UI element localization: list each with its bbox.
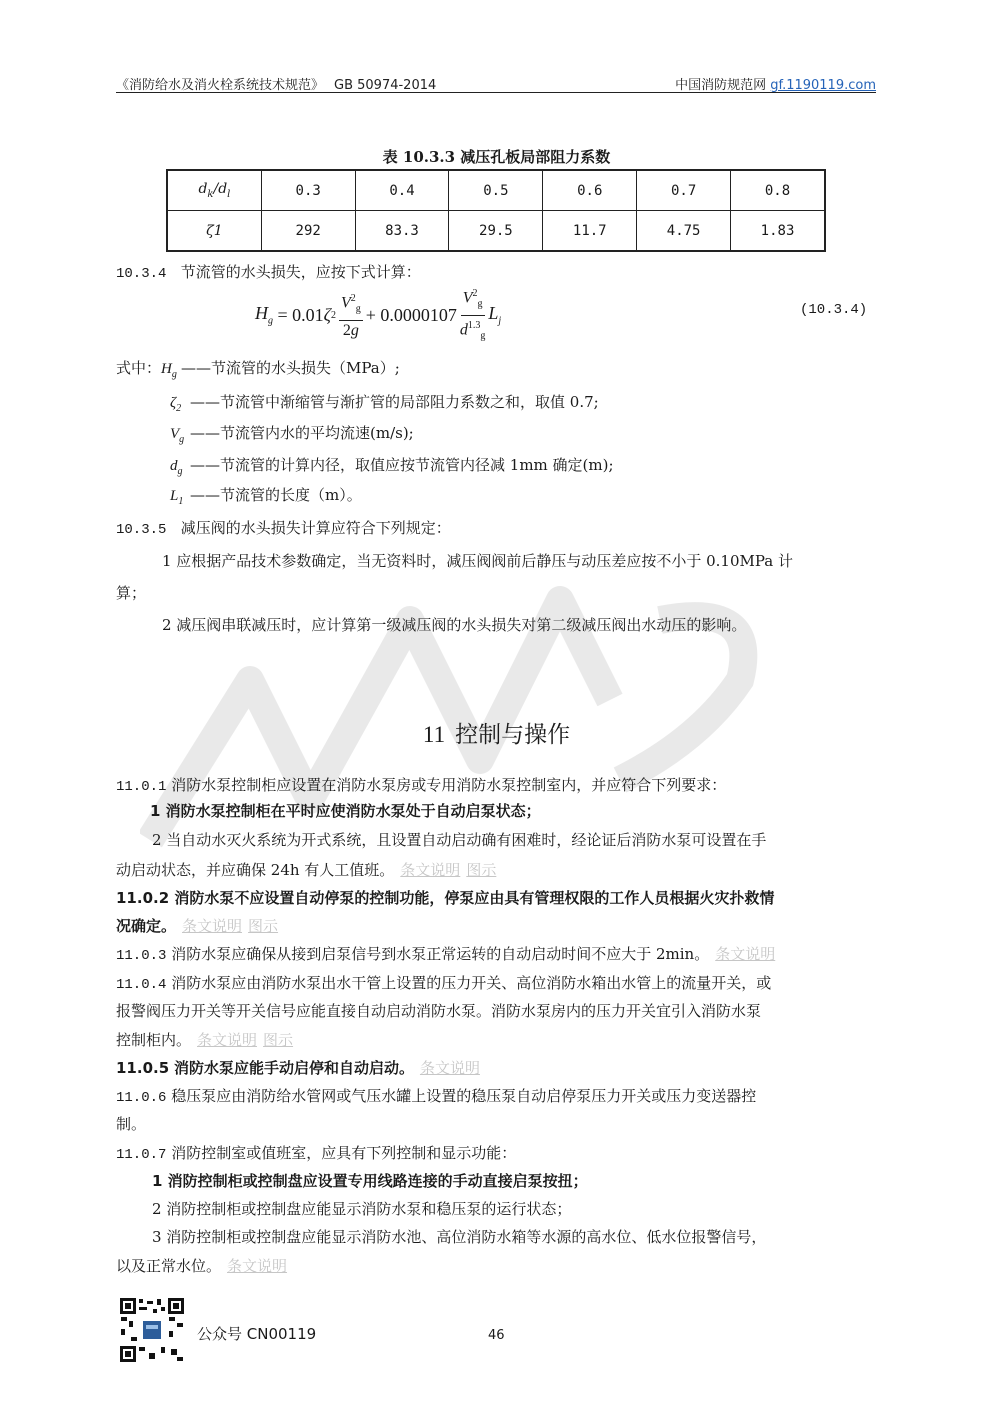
clause-text: 消防水泵控制柜应设置在消防水泵房或专用消防水泵控制室内，并应符合下列要求： (171, 776, 726, 794)
clause-11-0-7-item-3: 3 消防控制柜或控制盘应能显示消防水池、高位消防水箱等水源的高水位、低水位报警信… (116, 1227, 766, 1247)
clause-11-0-1-item-2-cont: 动启动状态，并应确保 24h 有人工值班。条文说明图示 (116, 860, 496, 880)
where-label: 式中： (116, 359, 161, 377)
clause-11-0-1: 11.0.1 消防水泵控制柜应设置在消防水泵房或专用消防水泵控制室内，并应符合下… (116, 775, 726, 797)
table-cell: 29.5 (449, 211, 543, 252)
clause-11-0-1-item-1: 1 消防水泵控制柜在平时应使消防水泵处于自动启泵状态； (116, 801, 541, 821)
clause-number: 10.3.4 (116, 266, 166, 282)
page-header: 《消防给水及消火栓系统技术规范》GB 50974-2014 中国消防规范网gf.… (116, 72, 876, 93)
definition-l1: L1——节流管的长度（m）。 (170, 485, 362, 512)
clause-11-0-5: 11.0.5 消防水泵应能手动启停和自动启动。条文说明 (116, 1058, 480, 1078)
clause-number: 11.0.1 (116, 779, 166, 795)
clause-10-3-4: 10.3.4 节流管的水头损失，应按下式计算： (116, 262, 421, 284)
clause-number: 11.0.2 (116, 889, 169, 907)
table-cell: 4.75 (637, 211, 731, 252)
table-cell: 0.7 (637, 170, 731, 211)
table-row: ζ1 292 83.3 29.5 11.7 4.75 1.83 (167, 211, 825, 252)
table-cell: 0.5 (449, 170, 543, 211)
clause-number: 11.0.3 (116, 948, 166, 964)
doc-code: GB 50974-2014 (334, 78, 436, 93)
clause-text: 动启动状态，并应确保 24h 有人工值班。 (116, 861, 394, 879)
explanation-link[interactable]: 条文说明 (227, 1257, 287, 1275)
table-cell: 0.8 (731, 170, 825, 211)
definition-vg: Vg——节流管内水的平均流速(m/s); (170, 423, 414, 450)
clause-11-0-7-item-2: 2 消防控制柜或控制盘应能显示消防水泵和稳压泵的运行状态； (116, 1199, 571, 1219)
table-row: dk/dl 0.3 0.4 0.5 0.6 0.7 0.8 (167, 170, 825, 211)
wechat-account: 公众号 CN00119 (197, 1323, 316, 1344)
table-cell: 1.83 (731, 211, 825, 252)
clause-text: 消防水泵应确保从接到启泵信号到水泵正常运转的自动启动时间不应大于 2min。 (171, 945, 709, 963)
row-header-ratio: dk/dl (167, 170, 261, 211)
clause-number: 11.0.6 (116, 1090, 166, 1106)
table-cell: 0.4 (355, 170, 449, 211)
definition-text: ——节流管的长度（m）。 (190, 486, 362, 504)
table-cell: 0.3 (261, 170, 355, 211)
clause-number: 11.0.4 (116, 977, 166, 993)
clause-text: 稳压泵应由消防给水管网或气压水罐上设置的稳压泵自动启停泵压力开关或压力变送器控 (171, 1087, 756, 1105)
illustration-link[interactable]: 图示 (248, 917, 278, 935)
row-header-zeta: ζ1 (167, 211, 261, 252)
clause-text: 节流管的水头损失，应按下式计算： (181, 263, 421, 281)
clause-number: 11.0.7 (116, 1147, 166, 1163)
clause-11-0-6: 11.0.6 稳压泵应由消防给水管网或气压水罐上设置的稳压泵自动启停泵压力开关或… (116, 1086, 756, 1108)
coefficient-table: dk/dl 0.3 0.4 0.5 0.6 0.7 0.8 ζ1 292 83.… (166, 169, 826, 252)
illustration-link[interactable]: 图示 (466, 861, 496, 879)
table-cell: 0.6 (543, 170, 637, 211)
clause-text: 以及正常水位。 (116, 1257, 221, 1275)
clause-11-0-2-cont: 况确定。条文说明图示 (116, 916, 278, 936)
chapter-heading: 11控制与操作 (0, 716, 993, 749)
qr-code-icon (119, 1297, 185, 1363)
definition-text: ——节流管内水的平均流速(m/s); (190, 424, 414, 442)
clause-11-0-4-cont2: 控制柜内。条文说明图示 (116, 1030, 293, 1050)
illustration-link[interactable]: 图示 (263, 1031, 293, 1049)
clause-text: 消防水泵应能手动启停和自动启动。 (174, 1059, 414, 1077)
clause-text: 消防水泵不应设置自动停泵的控制功能，停泵应由具有管理权限的工作人员根据火灾扑救情 (174, 889, 774, 907)
definition-text: ——节流管的计算内径，取值应按节流管内径减 1mm 确定(m); (190, 456, 614, 474)
clause-text: 减压阀的水头损失计算应符合下列规定： (181, 519, 451, 537)
explanation-link[interactable]: 条文说明 (400, 861, 460, 879)
definition-dg: dg——节流管的计算内径，取值应按节流管内径减 1mm 确定(m); (170, 455, 614, 482)
clause-11-0-7-item-3-cont: 以及正常水位。条文说明 (116, 1256, 287, 1276)
clause-11-0-6-cont: 制。 (116, 1114, 146, 1134)
definition-text: ——节流管的水头损失（MPa）; (181, 359, 400, 377)
table-title: 表 10.3.3 减压孔板局部阻力系数 (0, 146, 993, 167)
definition-hg: 式中：Hg——节流管的水头损失（MPa）; (116, 358, 400, 385)
definition-text: ——节流管中渐缩管与渐扩管的局部阻力系数之和，取值 0.7; (190, 393, 599, 411)
definition-zeta2: ζ2——节流管中渐缩管与渐扩管的局部阻力系数之和，取值 0.7; (170, 392, 599, 419)
clause-text: 控制柜内。 (116, 1031, 191, 1049)
doc-title-text: 《消防给水及消火栓系统技术规范》 (116, 78, 324, 93)
clause-11-0-3: 11.0.3 消防水泵应确保从接到启泵信号到水泵正常运转的自动启动时间不应大于 … (116, 944, 775, 966)
equation-number: (10.3.4) (800, 302, 867, 318)
clause-11-0-4: 11.0.4 消防水泵应由消防水泵出水干管上设置的压力开关、高位消防水箱出水管上… (116, 973, 771, 995)
clause-11-0-4-cont: 报警阀压力开关等开关信号应能直接自动启动消防水泵。消防水泵房内的压力开关宜引入消… (116, 1001, 761, 1021)
clause-11-0-2: 11.0.2 消防水泵不应设置自动停泵的控制功能，停泵应由具有管理权限的工作人员… (116, 888, 774, 908)
doc-title: 《消防给水及消火栓系统技术规范》GB 50974-2014 (116, 74, 436, 93)
clause-number: 11.0.5 (116, 1059, 169, 1077)
table-cell: 83.3 (355, 211, 449, 252)
explanation-link[interactable]: 条文说明 (420, 1059, 480, 1077)
table-cell: 292 (261, 211, 355, 252)
clause-text: 况确定。 (116, 917, 176, 935)
page-number: 46 (488, 1328, 505, 1343)
clause-10-3-5: 10.3.5 减压阀的水头损失计算应符合下列规定： (116, 518, 451, 540)
clause-11-0-7-item-1: 1 消防控制柜或控制盘应设置专用线路连接的手动直接启泵按扭； (116, 1171, 588, 1191)
fraction: V2g2g (339, 289, 363, 341)
explanation-link[interactable]: 条文说明 (182, 917, 242, 935)
clause-11-0-7: 11.0.7 消防控制室或值班室，应具有下列控制和显示功能： (116, 1143, 516, 1165)
site-link[interactable]: gf.1190119.com (770, 78, 876, 93)
site-info: 中国消防规范网gf.1190119.com (675, 74, 876, 93)
explanation-link[interactable]: 条文说明 (715, 945, 775, 963)
clause-text: 消防水泵应由消防水泵出水干管上设置的压力开关、高位消防水箱出水管上的流量开关，或 (171, 974, 771, 992)
clause-number: 10.3.5 (116, 522, 166, 538)
chapter-title: 控制与操作 (455, 722, 570, 748)
chapter-number: 11 (423, 722, 445, 747)
table-cell: 11.7 (543, 211, 637, 252)
explanation-link[interactable]: 条文说明 (197, 1031, 257, 1049)
formula-10-3-4: Hg = 0.01ζ2 V2g2g + 0.0000107 V2gd1.3g L… (255, 288, 501, 342)
clause-text: 消防控制室或值班室，应具有下列控制和显示功能： (171, 1144, 516, 1162)
site-name: 中国消防规范网 (675, 78, 766, 93)
clause-11-0-1-item-2: 2 当自动水灭火系统为开式系统，且设置自动启动确有困难时，经论证后消防水泵可设置… (116, 830, 766, 850)
fraction: V2gd1.3g (460, 284, 486, 346)
